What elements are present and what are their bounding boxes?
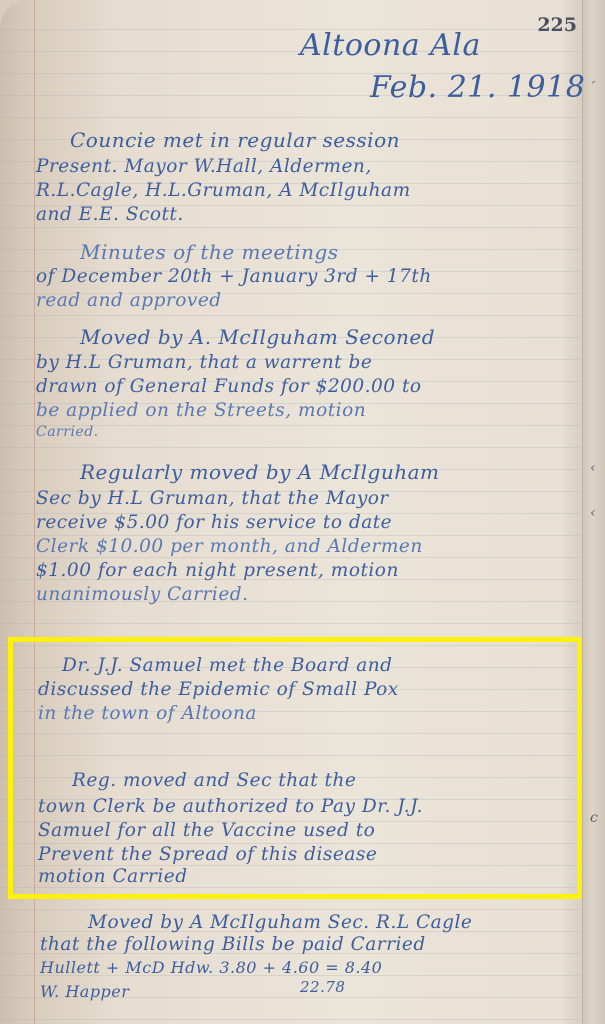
paragraph-2-line-1: Minutes of the meetings	[80, 240, 339, 264]
bill-happer-amount: 22.78	[300, 978, 345, 996]
paragraph-3-line-3: drawn of General Funds for $200.00 to	[36, 376, 422, 397]
closing-line-2: that the following Bills be paid Carried	[40, 934, 426, 955]
heading-place: Altoona Ala	[300, 28, 481, 63]
paragraph-2-line-2: of December 20th + January 3rd + 17th	[36, 266, 432, 287]
paragraph-4-line-6: unanimously Carried.	[36, 584, 249, 605]
edge-mark: ‹	[590, 505, 596, 521]
highlight-paragraph-2-line-1: Reg. moved and Sec that the	[72, 770, 356, 791]
edge-mark: ‹	[590, 460, 596, 476]
heading-date: Feb. 21. 1918	[370, 70, 585, 105]
page-number: 225	[537, 14, 577, 36]
edge-mark: ˊ	[588, 80, 595, 96]
edge-mark: c	[590, 810, 598, 826]
paragraph-2-line-3: read and approved	[36, 290, 222, 311]
paragraph-4-line-3: receive $5.00 for his service to date	[36, 512, 392, 533]
highlight-paragraph-2-line-3: Samuel for all the Vaccine used to	[38, 820, 375, 841]
paragraph-3-line-4: be applied on the Streets, motion	[36, 400, 366, 421]
highlight-paragraph-2-line-2: town Clerk be authorized to Pay Dr. J.J.	[38, 796, 423, 817]
paragraph-1-line-4: and E.E. Scott.	[36, 204, 184, 225]
paragraph-3-line-5: Carried.	[36, 424, 99, 440]
paragraph-1-line-3: R.L.Cagle, H.L.Gruman, A McIlguham	[36, 180, 411, 201]
paragraph-3-line-2: by H.L Gruman, that a warrent be	[36, 352, 372, 373]
bill-hullett: Hullett + McD Hdw. 3.80 + 4.60 = 8.40	[40, 958, 382, 977]
paragraph-4-line-4: Clerk $10.00 per month, and Aldermen	[36, 536, 423, 557]
paragraph-4-line-1: Regularly moved by A McIlguham	[80, 460, 440, 484]
bill-happer-name: W. Happer	[40, 982, 129, 1001]
highlight-paragraph-1-line-2: discussed the Epidemic of Small Pox	[38, 679, 399, 700]
paragraph-1-line-1: Councie met in regular session	[70, 128, 400, 152]
highlight-paragraph-1-line-1: Dr. J.J. Samuel met the Board and	[62, 655, 393, 676]
highlight-paragraph-2-line-5: motion Carried	[38, 866, 188, 887]
closing-line-1: Moved by A McIlguham Sec. R.L Cagle	[88, 912, 472, 933]
paragraph-1-line-2: Present. Mayor W.Hall, Aldermen,	[36, 156, 372, 177]
paragraph-4-line-5: $1.00 for each night present, motion	[36, 560, 399, 581]
highlight-paragraph-2-line-4: Prevent the Spread of this disease	[38, 844, 377, 865]
highlight-paragraph-1-line-3: in the town of Altoona	[38, 703, 257, 724]
paragraph-4-line-2: Sec by H.L Gruman, that the Mayor	[36, 488, 389, 509]
paragraph-3-line-1: Moved by A. McIlguham Seconed	[80, 325, 435, 349]
ledger-page: 225 Altoona Ala Feb. 21. 1918 Councie me…	[0, 0, 605, 1024]
